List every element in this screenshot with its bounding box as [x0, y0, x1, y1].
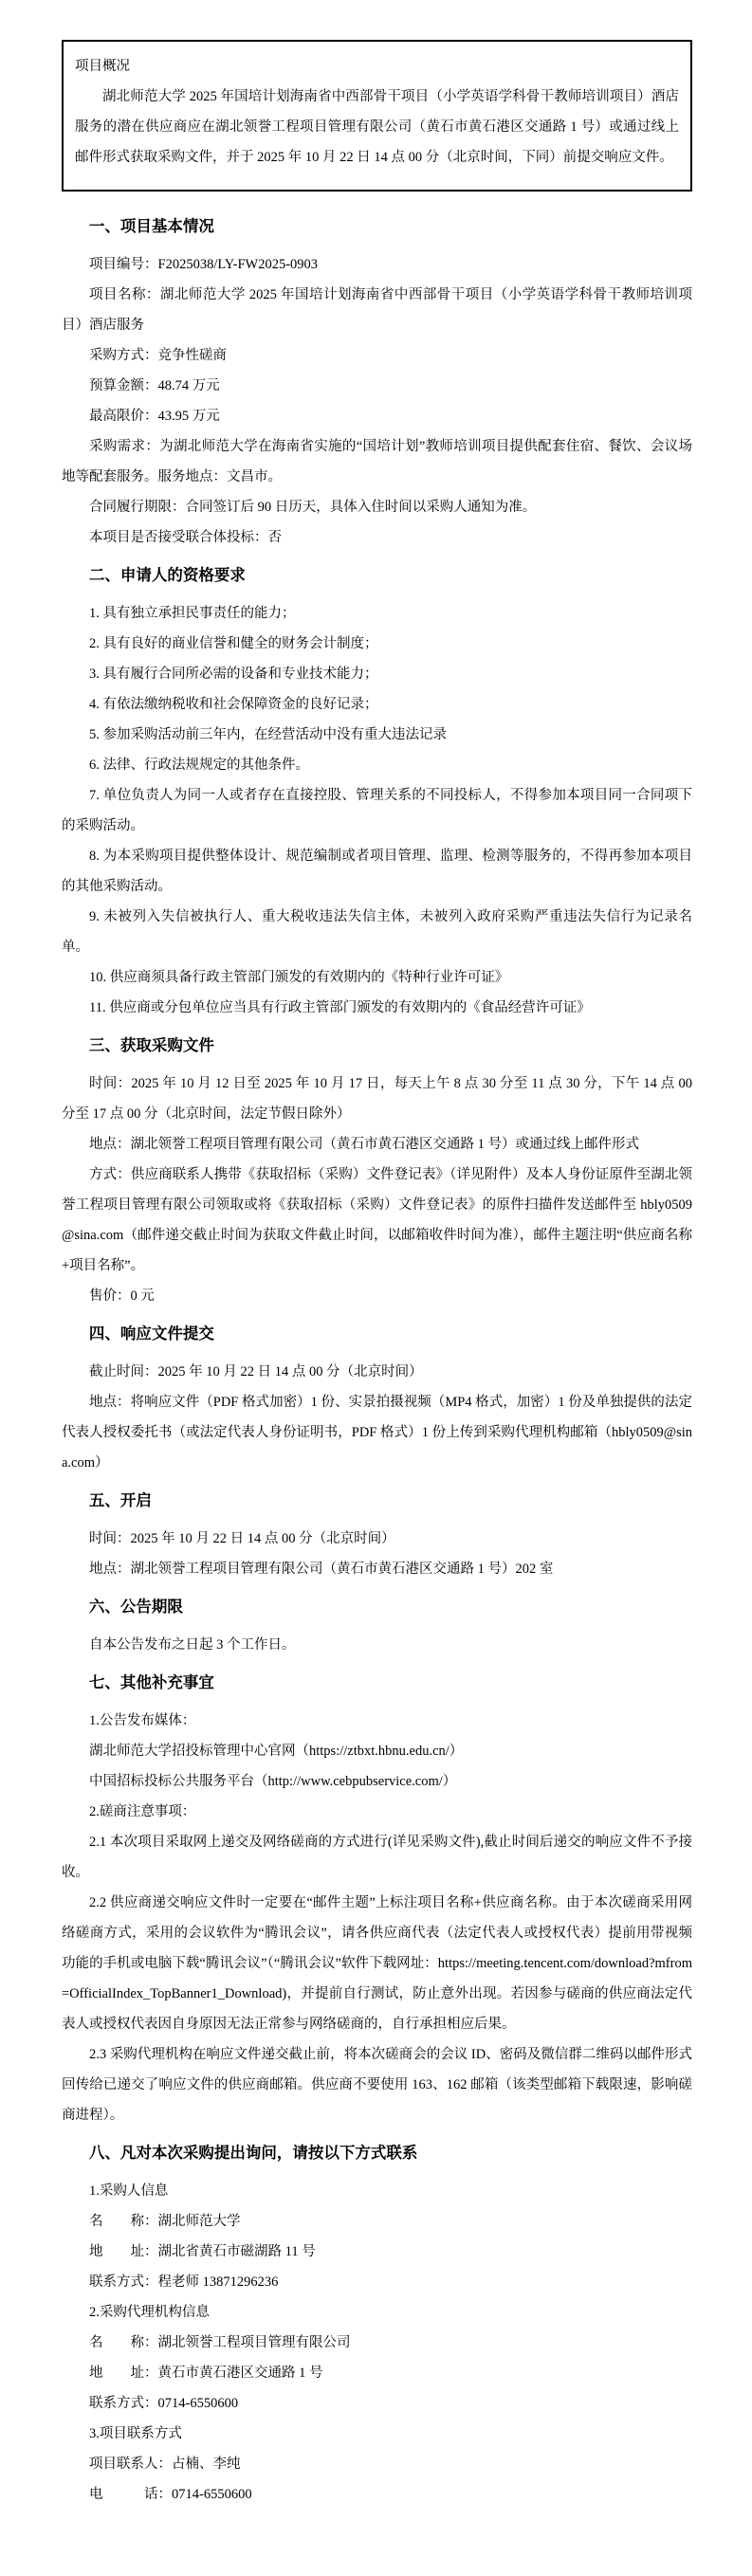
section-paragraph: 1.公告发布媒体： — [62, 1706, 692, 1736]
section-paragraph: 时间：2025 年 10 月 22 日 14 点 00 分（北京时间） — [62, 1524, 692, 1554]
section-heading: 八、凡对本次采购提出询问，请按以下方式联系 — [62, 2137, 692, 2169]
section-paragraph: 方式：供应商联系人携带《获取招标（采购）文件登记表》（详见附件）及本人身份证原件… — [62, 1160, 692, 1281]
section-paragraph: 名 称：湖北领誉工程项目管理有限公司 — [62, 2328, 692, 2358]
section-paragraph: 联系方式：程老师 13871296236 — [62, 2267, 692, 2297]
section-paragraph: 采购需求：为湖北师范大学在海南省实施的“国培计划”教师培训项目提供配套住宿、餐饮… — [62, 431, 692, 492]
section-paragraph: 地 址：黄石市黄石港区交通路 1 号 — [62, 2358, 692, 2388]
section-paragraph: 地点：湖北领誉工程项目管理有限公司（黄石市黄石港区交通路 1 号）或通过线上邮件… — [62, 1129, 692, 1160]
section-paragraph: 地 址：湖北省黄石市磁湖路 11 号 — [62, 2237, 692, 2267]
section-paragraph: 2.磋商注意事项： — [62, 1797, 692, 1827]
section-heading: 三、获取采购文件 — [62, 1030, 692, 1062]
section-paragraph: 5. 参加采购活动前三年内，在经营活动中没有重大违法记录 — [62, 720, 692, 750]
section-paragraph: 地点：湖北领誉工程项目管理有限公司（黄石市黄石港区交通路 1 号）202 室 — [62, 1554, 692, 1584]
section-paragraph: 售价：0 元 — [62, 1281, 692, 1311]
section-paragraph: 中国招标投标公共服务平台（http://www.cebpubservice.co… — [62, 1766, 692, 1797]
section-paragraph: 地点：将响应文件（PDF 格式加密）1 份、实景拍摄视频（MP4 格式，加密）1… — [62, 1387, 692, 1478]
section-paragraph: 湖北师范大学招投标管理中心官网（https://ztbxt.hbnu.edu.c… — [62, 1736, 692, 1766]
section-paragraph: 时间：2025 年 10 月 12 日至 2025 年 10 月 17 日，每天… — [62, 1069, 692, 1129]
section-paragraph: 1. 具有独立承担民事责任的能力； — [62, 598, 692, 629]
sections-container: 一、项目基本情况项目编号：F2025038/LY-FW2025-0903项目名称… — [62, 210, 692, 2510]
section-paragraph: 3.项目联系方式 — [62, 2419, 692, 2449]
section-paragraph: 7. 单位负责人为同一人或者存在直接控股、管理关系的不同投标人，不得参加本项目同… — [62, 780, 692, 841]
section-paragraph: 2.采购代理机构信息 — [62, 2297, 692, 2328]
section-heading: 二、申请人的资格要求 — [62, 559, 692, 592]
section-paragraph: 本项目是否接受联合体投标：否 — [62, 522, 692, 553]
section-paragraph: 2.3 采购代理机构在响应文件递交截止前，将本次磋商会的会议 ID、密码及微信群… — [62, 2039, 692, 2130]
section-paragraph: 6. 法律、行政法规规定的其他条件。 — [62, 750, 692, 780]
section-paragraph: 项目名称：湖北师范大学 2025 年国培计划海南省中西部骨干项目（小学英语学科骨… — [62, 280, 692, 340]
section-paragraph: 预算金额：48.74 万元 — [62, 371, 692, 401]
section-paragraph: 2.2 供应商递交响应文件时一定要在“邮件主题”上标注项目名称+供应商名称。由于… — [62, 1888, 692, 2039]
section-heading: 六、公告期限 — [62, 1591, 692, 1623]
section-paragraph: 联系方式：0714-6550600 — [62, 2388, 692, 2419]
section-paragraph: 最高限价：43.95 万元 — [62, 401, 692, 431]
overview-title: 项目概况 — [75, 51, 679, 82]
section-paragraph: 项目编号：F2025038/LY-FW2025-0903 — [62, 249, 692, 280]
section-paragraph: 2.1 本次项目采取网上递交及网络磋商的方式进行(详见采购文件),截止时间后递交… — [62, 1827, 692, 1888]
section-paragraph: 名 称：湖北师范大学 — [62, 2206, 692, 2237]
section-paragraph: 合同履行期限：合同签订后 90 日历天，具体入住时间以采购人通知为准。 — [62, 492, 692, 522]
section-paragraph: 电 话：0714-6550600 — [62, 2479, 692, 2510]
section-paragraph: 截止时间：2025 年 10 月 22 日 14 点 00 分（北京时间） — [62, 1357, 692, 1387]
overview-body: 湖北师范大学 2025 年国培计划海南省中西部骨干项目（小学英语学科骨干教师培训… — [75, 82, 679, 173]
project-overview-box: 项目概况 湖北师范大学 2025 年国培计划海南省中西部骨干项目（小学英语学科骨… — [62, 40, 692, 192]
section-paragraph: 8. 为本采购项目提供整体设计、规范编制或者项目管理、监理、检测等服务的，不得再… — [62, 841, 692, 902]
section-paragraph: 4. 有依法缴纳税收和社会保障资金的良好记录； — [62, 689, 692, 720]
section-paragraph: 10. 供应商须具备行政主管部门颁发的有效期内的《特种行业许可证》 — [62, 962, 692, 993]
section-paragraph: 自本公告发布之日起 3 个工作日。 — [62, 1630, 692, 1660]
section-paragraph: 9. 未被列入失信被执行人、重大税收违法失信主体，未被列入政府采购严重违法失信行… — [62, 902, 692, 962]
section-heading: 四、响应文件提交 — [62, 1318, 692, 1350]
section-paragraph: 3. 具有履行合同所必需的设备和专业技术能力； — [62, 659, 692, 689]
section-paragraph: 11. 供应商或分包单位应当具有行政主管部门颁发的有效期内的《食品经营许可证》 — [62, 993, 692, 1023]
section-paragraph: 采购方式：竞争性磋商 — [62, 340, 692, 371]
section-heading: 五、开启 — [62, 1485, 692, 1517]
section-paragraph: 1.采购人信息 — [62, 2176, 692, 2206]
section-heading: 一、项目基本情况 — [62, 210, 692, 243]
section-paragraph: 项目联系人：占楠、李纯 — [62, 2449, 692, 2479]
procurement-announcement-page: 项目概况 湖北师范大学 2025 年国培计划海南省中西部骨干项目（小学英语学科骨… — [0, 0, 752, 2576]
section-heading: 七、其他补充事宜 — [62, 1667, 692, 1699]
section-paragraph: 2. 具有良好的商业信誉和健全的财务会计制度； — [62, 629, 692, 659]
